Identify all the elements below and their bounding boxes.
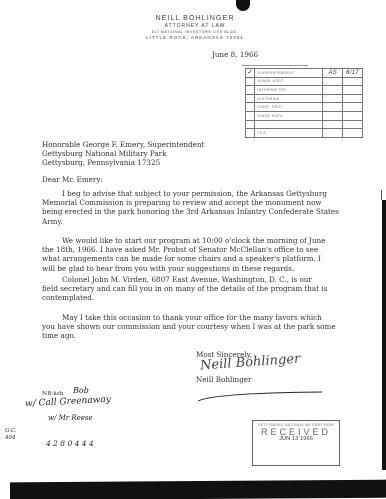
paragraph-1: I beg to advise that subject to your per…	[42, 189, 342, 226]
routing-date	[343, 94, 363, 103]
paragraph-line: what arrangements can be made for some c…	[42, 254, 342, 263]
recipient-line-1: Honorable George F. Emery, Superintenden…	[42, 140, 204, 149]
routing-row: ADMIN. ASST.	[246, 77, 363, 86]
paragraph-2: We would like to start our program at 10…	[42, 236, 342, 273]
signer-name: Neill Bohlinger	[196, 375, 251, 384]
routing-label	[255, 120, 323, 129]
routing-check	[246, 111, 255, 120]
handwritten-note-reese: w/ Mr Reese	[48, 414, 93, 423]
routing-label: HISTORIAN	[255, 94, 323, 103]
routing-row: ✓SUPERINTENDENTAS6/17	[246, 69, 363, 78]
paragraph-4: May I take this occasion to thank your o…	[42, 313, 342, 341]
routing-initials	[323, 129, 343, 138]
paragraph-line: We would like to start our program at 10…	[42, 236, 342, 245]
routing-initials: AS	[323, 69, 343, 78]
paragraph-line: being erected in the park honoring the 3…	[42, 207, 342, 216]
routing-date	[343, 129, 363, 138]
routing-label: FILE	[255, 129, 323, 138]
paragraph-line: contemplated.	[42, 293, 342, 302]
paragraph-line: Army.	[42, 217, 342, 226]
paragraph-line: I beg to advise that subject to your per…	[42, 189, 342, 198]
routing-check	[246, 94, 255, 103]
routing-check	[246, 129, 255, 138]
routing-initials	[323, 77, 343, 86]
recipient-line-3: Gettysburg, Pennsylvania 17325	[42, 158, 160, 167]
routing-row: HISTORIAN	[246, 94, 363, 103]
routing-check	[246, 120, 255, 129]
routing-row: INTERPRETER	[246, 86, 363, 95]
paragraph-line: Colonel John M. Virden, 6807 East Avenue…	[42, 275, 342, 284]
routing-row: FILE	[246, 129, 363, 138]
recipient-line-2: Gettysburg National Military Park	[42, 149, 166, 158]
letterhead-address: 817 NATIONAL INVESTORS LIFE BLDG.	[120, 30, 270, 34]
letterhead-title: ATTORNEY AT LAW	[120, 23, 270, 29]
routing-row: GUIDE SUPV.	[246, 111, 363, 120]
routing-initials	[323, 94, 343, 103]
routing-row	[246, 120, 363, 129]
paragraph-line: Memorial Commission is preparing to revi…	[42, 198, 342, 207]
paragraph-line: you have shown our commission and your c…	[42, 322, 342, 331]
routing-label: INTERPRETER	[255, 86, 323, 95]
check-mark-icon: ✓	[246, 69, 255, 78]
hole-punch-mark	[236, 0, 250, 11]
routing-date: 6/17	[343, 69, 363, 78]
scan-edge-right	[382, 200, 386, 470]
routing-initials	[323, 86, 343, 95]
letterhead-name: NEILL BOHLINGER	[120, 13, 270, 22]
routing-label: SUPERINTENDENT	[255, 69, 323, 78]
letter-page: NEILL BOHLINGER ATTORNEY AT LAW 817 NATI…	[0, 0, 386, 499]
routing-initials	[323, 120, 343, 129]
routing-row: CHIEF, PROT.	[246, 103, 363, 112]
paragraph-line: field secretary and can fill you in on m…	[42, 284, 342, 293]
routing-initials	[323, 111, 343, 120]
routing-date	[343, 77, 363, 86]
routing-date	[343, 103, 363, 112]
routing-initials	[323, 103, 343, 112]
routing-date	[343, 120, 363, 129]
scan-edge	[381, 190, 382, 200]
letter-date: June 8, 1966	[212, 50, 258, 59]
pen-underline	[196, 389, 326, 403]
routing-check	[246, 103, 255, 112]
routing-check	[246, 86, 255, 95]
paragraph-line: May I take this occasion to thank your o…	[42, 313, 342, 322]
paragraph-line: time ago.	[42, 331, 342, 340]
paragraph-line: the 18th, 1966. I have asked Mr. Probst …	[42, 245, 342, 254]
handwritten-signature: Neill Bohlinger	[200, 355, 301, 371]
letterhead: NEILL BOHLINGER ATTORNEY AT LAW 817 NATI…	[120, 13, 270, 40]
received-stamp: GETTYSBURG NATIONAL MILITARY PARK RECEIV…	[252, 420, 340, 466]
salutation: Dear Mr. Emery:	[42, 175, 103, 184]
letterhead-city: LITTLE ROCK, ARKANSAS 72201	[120, 35, 270, 40]
pen-stroke	[242, 65, 308, 66]
handwritten-note-bob: Bob	[73, 386, 89, 395]
routing-label: ADMIN. ASST.	[255, 77, 323, 86]
margin-note: G.C. 404	[5, 428, 19, 442]
handwritten-note-call: w/ Call Greenaway	[25, 396, 111, 410]
paragraph-3: Colonel John M. Virden, 6807 East Avenue…	[42, 275, 342, 303]
handwritten-phone-number: 4 2 8 0 4 4 4	[46, 439, 94, 448]
paragraph-line: will be glad to hear from you with your …	[42, 264, 342, 273]
routing-date	[343, 111, 363, 120]
routing-label: GUIDE SUPV.	[255, 111, 323, 120]
routing-check	[246, 77, 255, 86]
scan-edge-bottom	[10, 480, 386, 499]
routing-date	[343, 86, 363, 95]
routing-slip: ✓SUPERINTENDENTAS6/17 ADMIN. ASST. INTER…	[245, 68, 363, 138]
routing-label: CHIEF, PROT.	[255, 103, 323, 112]
